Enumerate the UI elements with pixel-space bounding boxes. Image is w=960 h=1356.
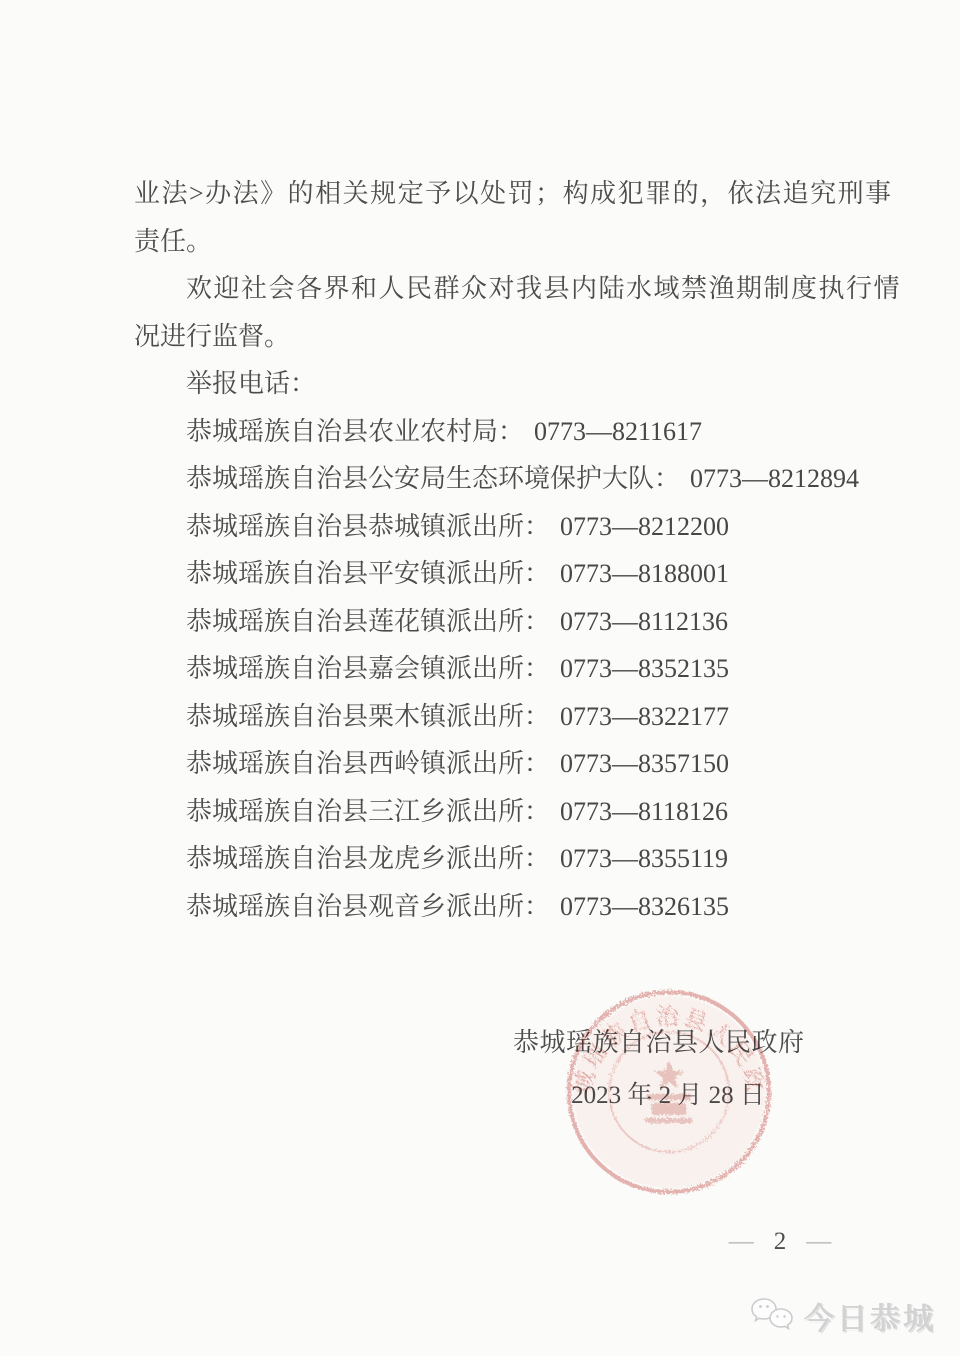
hotline-label: 恭城瑶族自治县公安局生态环境保护大队： (186, 464, 680, 493)
wechat-bubbles-icon (750, 1295, 798, 1337)
page-number-right-dash: — (806, 1228, 831, 1255)
hotline-row: 恭城瑶族自治县三江乡派出所：0773—8118126 (134, 788, 864, 836)
document-body: 业法>办法》的相关规定予以处罚；构成犯罪的，依法追究刑事 责任。 欢迎社会各界和… (134, 170, 864, 930)
hotline-number: 0773—8357150 (560, 749, 729, 778)
hotline-number: 0773—8188001 (560, 559, 729, 588)
hotline-label: 恭城瑶族自治县龙虎乡派出所： (186, 844, 550, 873)
hotline-number: 0773—8326135 (560, 892, 729, 921)
page-number-left-dash: — (729, 1228, 754, 1255)
hotline-number: 0773—8118126 (560, 797, 728, 826)
hotline-label: 恭城瑶族自治县嘉会镇派出所： (186, 654, 550, 683)
hotline-label: 恭城瑶族自治县栗木镇派出所： (186, 702, 550, 731)
document-date: 2023 年 2 月 28 日 (568, 1075, 768, 1111)
hotline-number: 0773—8211617 (534, 417, 702, 446)
publisher-watermark: 今日恭城 (750, 1294, 936, 1338)
hotline-label: 恭城瑶族自治县平安镇派出所： (186, 559, 550, 588)
issuer-signature: 恭城瑶族自治县人民政府 (513, 1022, 805, 1059)
hotline-number: 0773—8355119 (560, 844, 728, 873)
hotline-row: 恭城瑶族自治县莲花镇派出所：0773—8112136 (134, 598, 864, 646)
hotline-number: 0773—8352135 (560, 654, 729, 683)
hotline-label: 恭城瑶族自治县观音乡派出所： (186, 892, 550, 921)
hotline-number: 0773—8212894 (690, 464, 859, 493)
watermark-label: 今日恭城 (804, 1294, 936, 1338)
hotline-number: 0773—8112136 (560, 607, 728, 636)
hotline-label: 恭城瑶族自治县农业农村局： (186, 417, 524, 446)
hotline-row: 恭城瑶族自治县恭城镇派出所：0773—8212200 (134, 503, 864, 551)
paragraph-line: 欢迎社会各界和人民群众对我县内陆水域禁渔期制度执行情 (134, 265, 864, 313)
hotline-row: 恭城瑶族自治县嘉会镇派出所：0773—8352135 (134, 645, 864, 693)
hotline-row: 恭城瑶族自治县平安镇派出所：0773—8188001 (134, 550, 864, 598)
hotline-label: 恭城瑶族自治县西岭镇派出所： (186, 749, 550, 778)
hotline-number: 0773—8322177 (560, 702, 729, 731)
hotline-row: 恭城瑶族自治县西岭镇派出所：0773—8357150 (134, 740, 864, 788)
hotline-row: 恭城瑶族自治县观音乡派出所：0773—8326135 (134, 883, 864, 931)
document-page: 业法>办法》的相关规定予以处罚；构成犯罪的，依法追究刑事 责任。 欢迎社会各界和… (0, 0, 960, 1356)
hotline-label: 恭城瑶族自治县莲花镇派出所： (186, 607, 550, 636)
hotline-number: 0773—8212200 (560, 512, 729, 541)
hotline-row: 恭城瑶族自治县龙虎乡派出所：0773—8355119 (134, 835, 864, 883)
hotline-label: 恭城瑶族自治县恭城镇派出所： (186, 512, 550, 541)
paragraph-line: 况进行监督。 (134, 313, 864, 361)
hotline-row: 恭城瑶族自治县农业农村局：0773—8211617 (134, 408, 864, 456)
page-number: —2— (700, 1228, 860, 1256)
page-number-value: 2 (774, 1228, 787, 1255)
paragraph-line: 责任。 (134, 218, 864, 266)
hotline-label: 恭城瑶族自治县三江乡派出所： (186, 797, 550, 826)
report-hotline-heading: 举报电话： (134, 360, 864, 408)
hotline-row: 恭城瑶族自治县公安局生态环境保护大队：0773—8212894 (134, 455, 864, 503)
paragraph-line: 业法>办法》的相关规定予以处罚；构成犯罪的，依法追究刑事 (134, 170, 864, 218)
hotline-row: 恭城瑶族自治县栗木镇派出所：0773—8322177 (134, 693, 864, 741)
